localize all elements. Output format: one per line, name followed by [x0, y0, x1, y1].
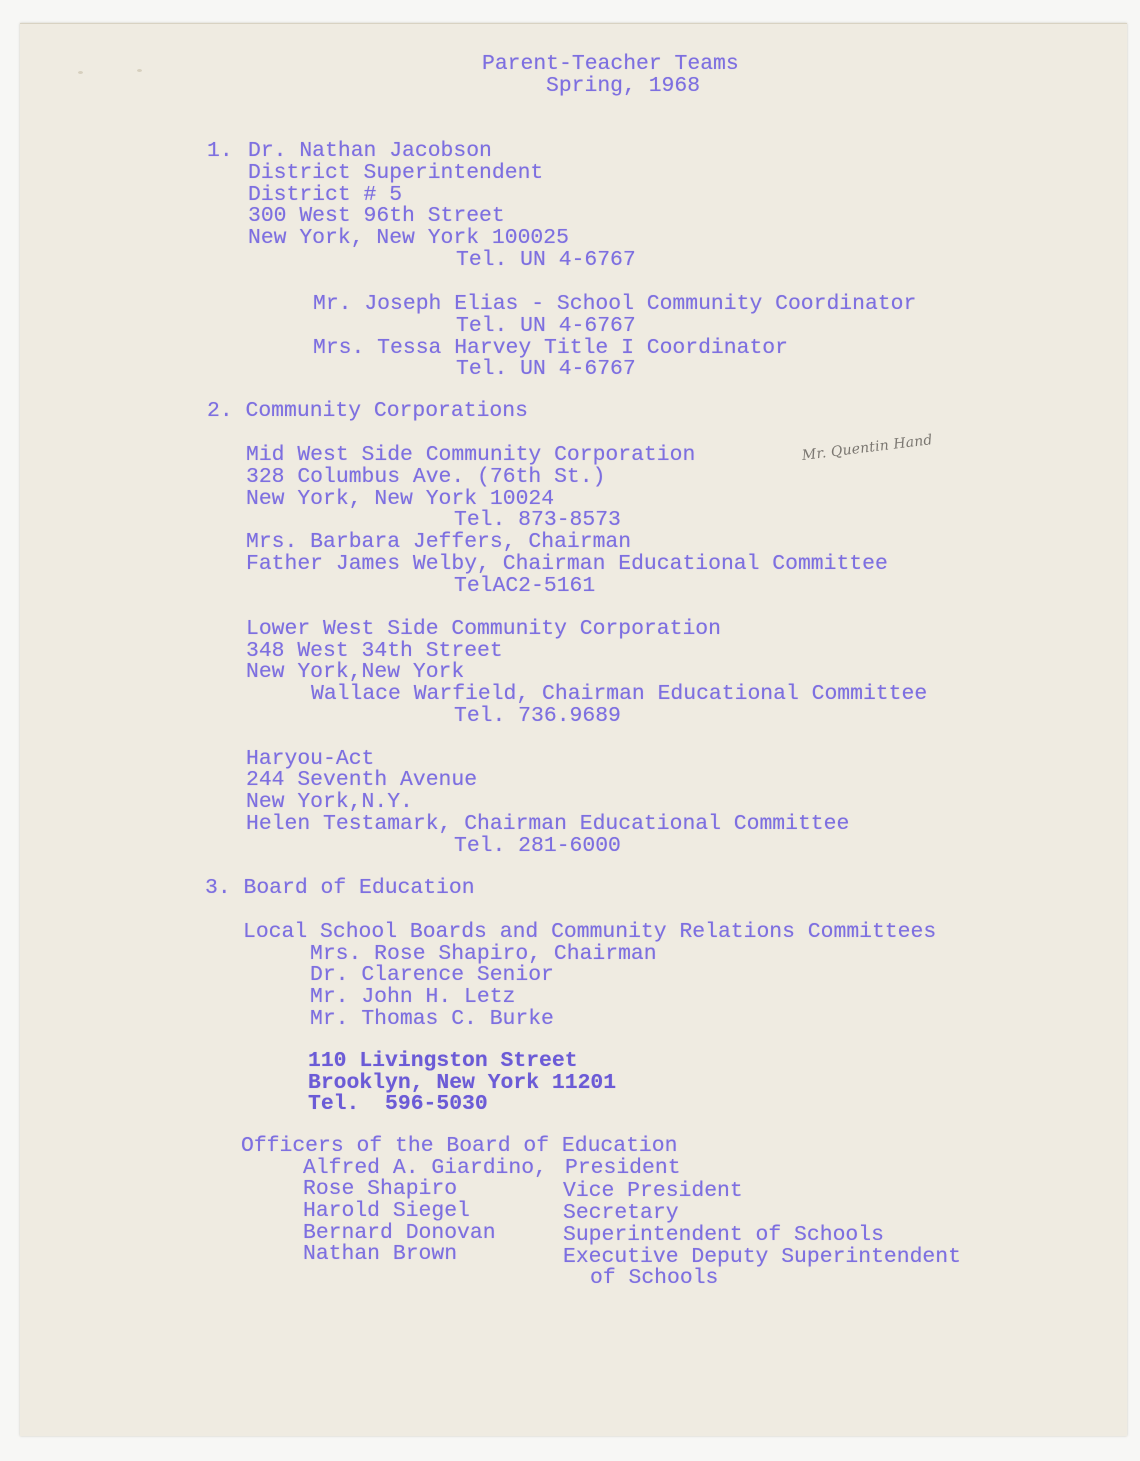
officer-title: Executive Deputy Superintendent [563, 1246, 961, 1268]
org-lower-west-address-2: New York,New York [246, 661, 464, 683]
org-mid-west-education-chairman: Father James Welby, Chairman Educational… [246, 553, 888, 575]
org-mid-west-telephone: Tel. 873-8573 [454, 509, 621, 531]
org-lower-west-telephone: Tel. 736.9689 [454, 705, 621, 727]
committee-member: Mrs. Rose Shapiro, Chairman [310, 943, 657, 965]
officer-title-continuation: of Schools [590, 1267, 718, 1289]
section-1-role: District Superintendent [248, 162, 543, 184]
officer-name: Nathan Brown [303, 1243, 457, 1265]
committee-member: Dr. Clarence Senior [310, 964, 554, 986]
section-3-heading: 3. Board of Education [205, 877, 475, 899]
section-1-district: District # 5 [248, 184, 402, 206]
officer-title: Secretary [563, 1202, 679, 1224]
org-mid-west-telephone-2: TelAC2-5161 [454, 575, 595, 597]
officer-title: Superintendent of Schools [563, 1224, 884, 1246]
org-mid-west-address-1: 328 Columbus Ave. (76th St.) [246, 466, 605, 488]
section-2-heading: 2. Community Corporations [207, 400, 528, 422]
committee-member: Mr. John H. Letz [310, 986, 515, 1008]
section-1-name: Dr. Nathan Jacobson [248, 140, 492, 162]
org-mid-west-address-2: New York, New York 10024 [246, 488, 554, 510]
board-address-2: Brooklyn, New York 11201 [308, 1072, 616, 1094]
org-lower-west-address-1: 348 West 34th Street [246, 640, 503, 662]
board-telephone: Tel. 596-5030 [308, 1093, 488, 1115]
contact-elias: Mr. Joseph Elias - School Community Coor… [313, 293, 916, 315]
section-1-number: 1. [207, 140, 233, 162]
contact-harvey: Mrs. Tessa Harvey Title I Coordinator [313, 337, 788, 359]
org-haryou-telephone: Tel. 281-6000 [454, 835, 621, 857]
committee-title: Local School Boards and Community Relati… [243, 921, 936, 943]
org-haryou-name: Haryou-Act [246, 748, 374, 770]
officers-title: Officers of the Board of Education [241, 1135, 677, 1157]
document-subtitle: Spring, 1968 [546, 75, 700, 97]
org-mid-west-name: Mid West Side Community Corporation [246, 444, 695, 466]
org-haryou-address-2: New York,N.Y. [246, 791, 413, 813]
contact-elias-telephone: Tel. UN 4-6767 [456, 315, 636, 337]
officer-title: President [565, 1157, 681, 1179]
org-haryou-education-chairman: Helen Testamark, Chairman Educational Co… [246, 813, 849, 835]
org-haryou-address-1: 244 Seventh Avenue [246, 769, 477, 791]
section-1-address-line-1: 300 West 96th Street [248, 205, 505, 227]
document-title: Parent-Teacher Teams [482, 53, 739, 75]
org-lower-west-education-chairman: Wallace Warfield, Chairman Educational C… [311, 683, 927, 705]
board-address-1: 110 Livingston Street [308, 1050, 578, 1072]
officer-name: Rose Shapiro [303, 1178, 457, 1200]
officer-name: Harold Siegel [303, 1200, 470, 1222]
paper-mark [137, 69, 142, 72]
paper-mark [78, 71, 83, 74]
section-1-address-line-2: New York, New York 100025 [248, 227, 569, 249]
org-mid-west-chairman: Mrs. Barbara Jeffers, Chairman [246, 531, 631, 553]
committee-member: Mr. Thomas C. Burke [310, 1008, 554, 1030]
section-1-telephone: Tel. UN 4-6767 [456, 249, 636, 271]
org-lower-west-name: Lower West Side Community Corporation [246, 618, 721, 640]
officer-title: Vice President [563, 1180, 743, 1202]
officer-name: Alfred A. Giardino, [303, 1157, 547, 1179]
officer-name: Bernard Donovan [303, 1222, 496, 1244]
contact-harvey-telephone: Tel. UN 4-6767 [456, 358, 636, 380]
